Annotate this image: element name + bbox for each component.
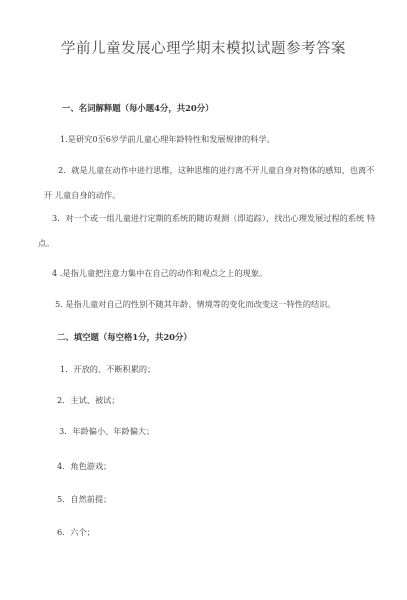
answer-item: 3．年龄偏小、年龄偏大； bbox=[59, 426, 154, 437]
answer-item: 2．就是儿童在动作中进行思维，这种思维的进行离不开儿童自身对物体的感知，也离不 bbox=[58, 165, 374, 176]
answer-item: 4．角色游戏； bbox=[57, 461, 111, 472]
answer-item-continued: 开 儿童自身的动作。 bbox=[44, 190, 120, 201]
document-title: 学前儿童发展心理学期末模拟试题参考答案 bbox=[0, 37, 407, 58]
answer-item: 2．主试、被试； bbox=[57, 395, 120, 406]
section-heading-2: 二、填空题（每空格1分，共20分） bbox=[57, 331, 192, 343]
answer-item: 6．六个； bbox=[57, 527, 95, 538]
document-page: 学前儿童发展心理学期末模拟试题参考答案 一、名词解释题（每小题4分，共20分） … bbox=[0, 0, 407, 600]
answer-item: 4 .是指儿童把注意力集中在自己的动作和观点之上的现象。 bbox=[52, 268, 267, 279]
answer-item: 5．自然前提； bbox=[57, 494, 111, 505]
answer-item: 3．对一个或一组儿童进行定期的系统的随访观测（即追踪），找出心理发展过程的系统 … bbox=[52, 213, 375, 224]
answer-item-continued: 点。 bbox=[38, 238, 54, 249]
answer-item: 1．开放的、不断积累的； bbox=[60, 364, 155, 375]
answer-item: 5. 是指儿童对自己的性别不随其年龄、情境等的变化而改变这一特性的结识。 bbox=[55, 299, 336, 310]
answer-item: 1.是研究0至6岁学前儿童心理年龄特性和发展规律的科学。 bbox=[60, 134, 275, 145]
section-heading-1: 一、名词解释题（每小题4分，共20分） bbox=[62, 102, 213, 114]
